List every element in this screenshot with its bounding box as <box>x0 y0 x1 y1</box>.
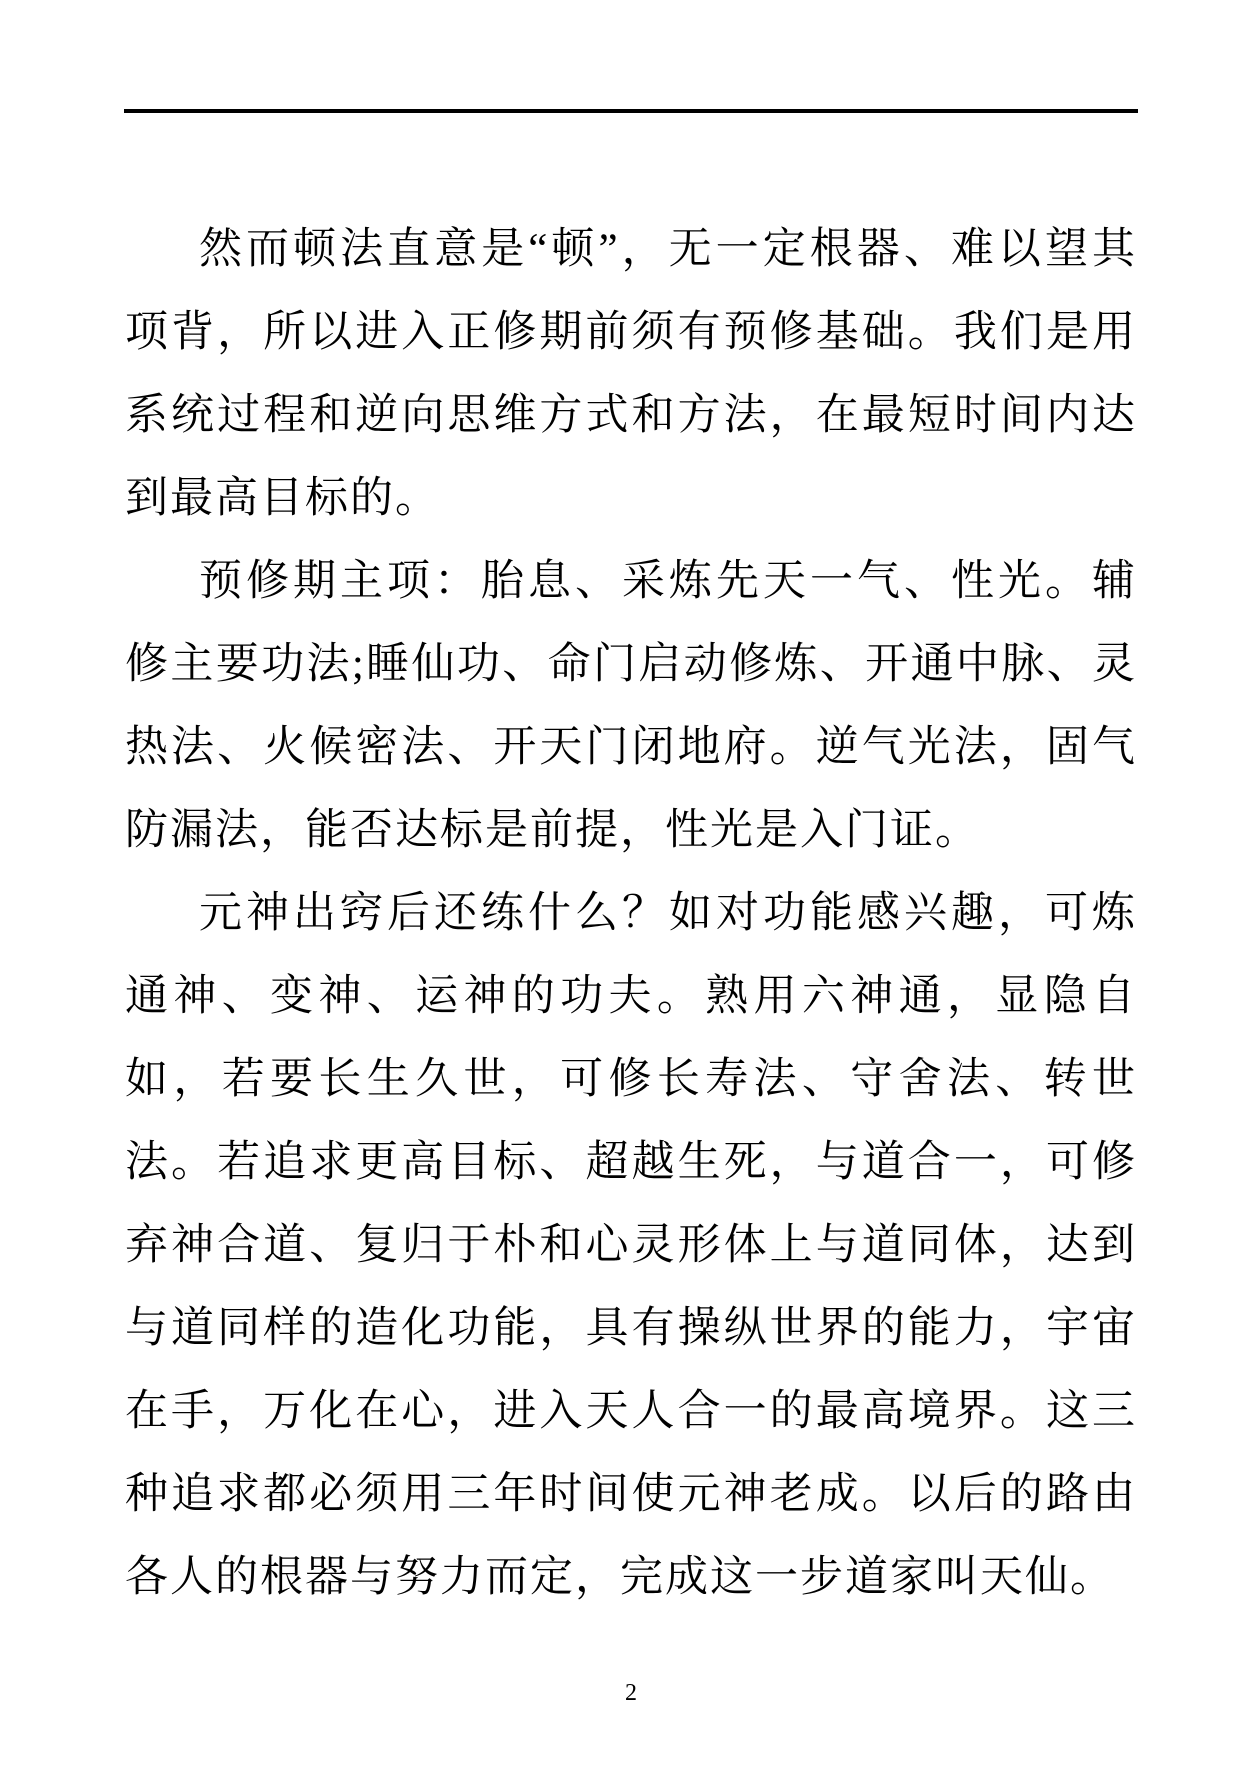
paragraph: 元神出窍后还练什么？如对功能感兴趣，可炼通神、变神、运神的功夫。熟用六神通，显隐… <box>125 872 1137 1619</box>
document-page: 然而顿法直意是“顿”，无一定根器、难以望其项背，所以进入正修期前须有预修基础。我… <box>0 0 1260 1785</box>
page-footer: 2 <box>125 1680 1137 1707</box>
paragraph: 预修期主项：胎息、采炼先天一气、性光。辅修主要功法;睡仙功、命门启动修炼、开通中… <box>125 540 1137 872</box>
paragraph: 然而顿法直意是“顿”，无一定根器、难以望其项背，所以进入正修期前须有预修基础。我… <box>125 208 1137 540</box>
page-number: 2 <box>625 1680 637 1706</box>
header-divider <box>124 109 1138 113</box>
document-body: 然而顿法直意是“顿”，无一定根器、难以望其项背，所以进入正修期前须有预修基础。我… <box>125 208 1137 1619</box>
